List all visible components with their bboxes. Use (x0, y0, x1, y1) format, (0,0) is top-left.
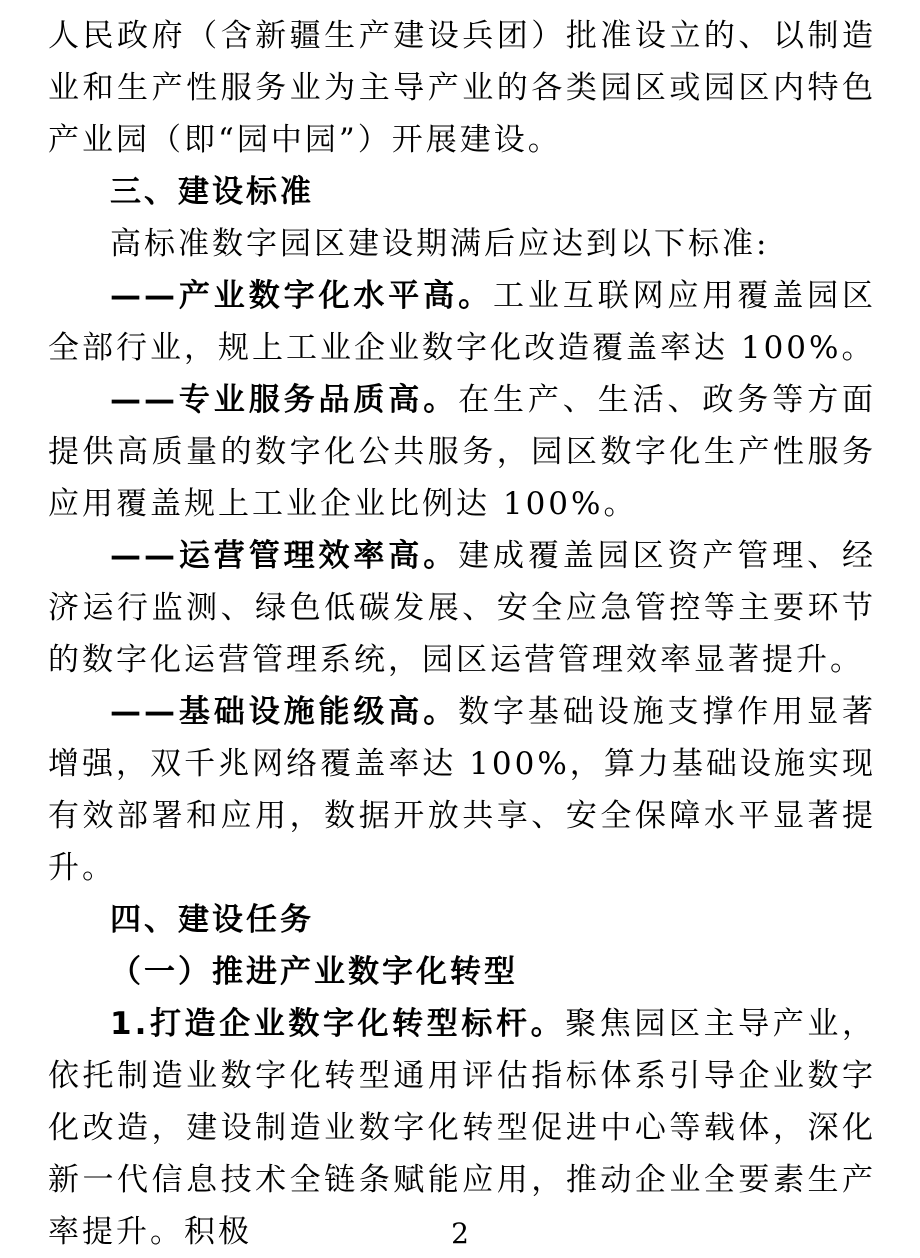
document-page: 人民政府（含新疆生产建设兵团）批准设立的、以制造业和生产性服务业为主导产业的各类… (0, 0, 920, 1258)
standard-item-2: ——专业服务品质高。在生产、生活、政务等方面提供高质量的数字化公共服务，园区数字… (48, 374, 876, 530)
task-1-lead: 1.打造企业数字化转型标杆。 (110, 1006, 565, 1042)
task-1-body: 聚焦园区主导产业，依托制造业数字化转型通用评估指标体系引导企业数字化改造，建设制… (48, 1006, 876, 1250)
page-number: 2 (0, 1217, 920, 1250)
section-heading-3: 三、建设标准 (48, 166, 876, 218)
standard-1-lead: ——产业数字化水平高。 (110, 278, 493, 314)
standard-3-lead: ——运营管理效率高。 (110, 538, 458, 574)
standard-item-3: ——运营管理效率高。建成覆盖园区资产管理、经济运行监测、绿色低碳发展、安全应急管… (48, 530, 876, 686)
subsection-heading-1: （一）推进产业数字化转型 (48, 946, 876, 998)
standard-2-lead: ——专业服务品质高。 (110, 382, 458, 418)
standard-4-lead: ——基础设施能级高。 (110, 694, 458, 730)
standard-item-4: ——基础设施能级高。数字基础设施支撑作用显著增强，双千兆网络覆盖率达 100%，… (48, 686, 876, 894)
paragraph-intro-continuation: 人民政府（含新疆生产建设兵团）批准设立的、以制造业和生产性服务业为主导产业的各类… (48, 10, 876, 166)
section-heading-4: 四、建设任务 (48, 894, 876, 946)
standard-item-1: ——产业数字化水平高。工业互联网应用覆盖园区全部行业，规上工业企业数字化改造覆盖… (48, 270, 876, 374)
standards-intro: 高标准数字园区建设期满后应达到以下标准: (48, 218, 876, 270)
